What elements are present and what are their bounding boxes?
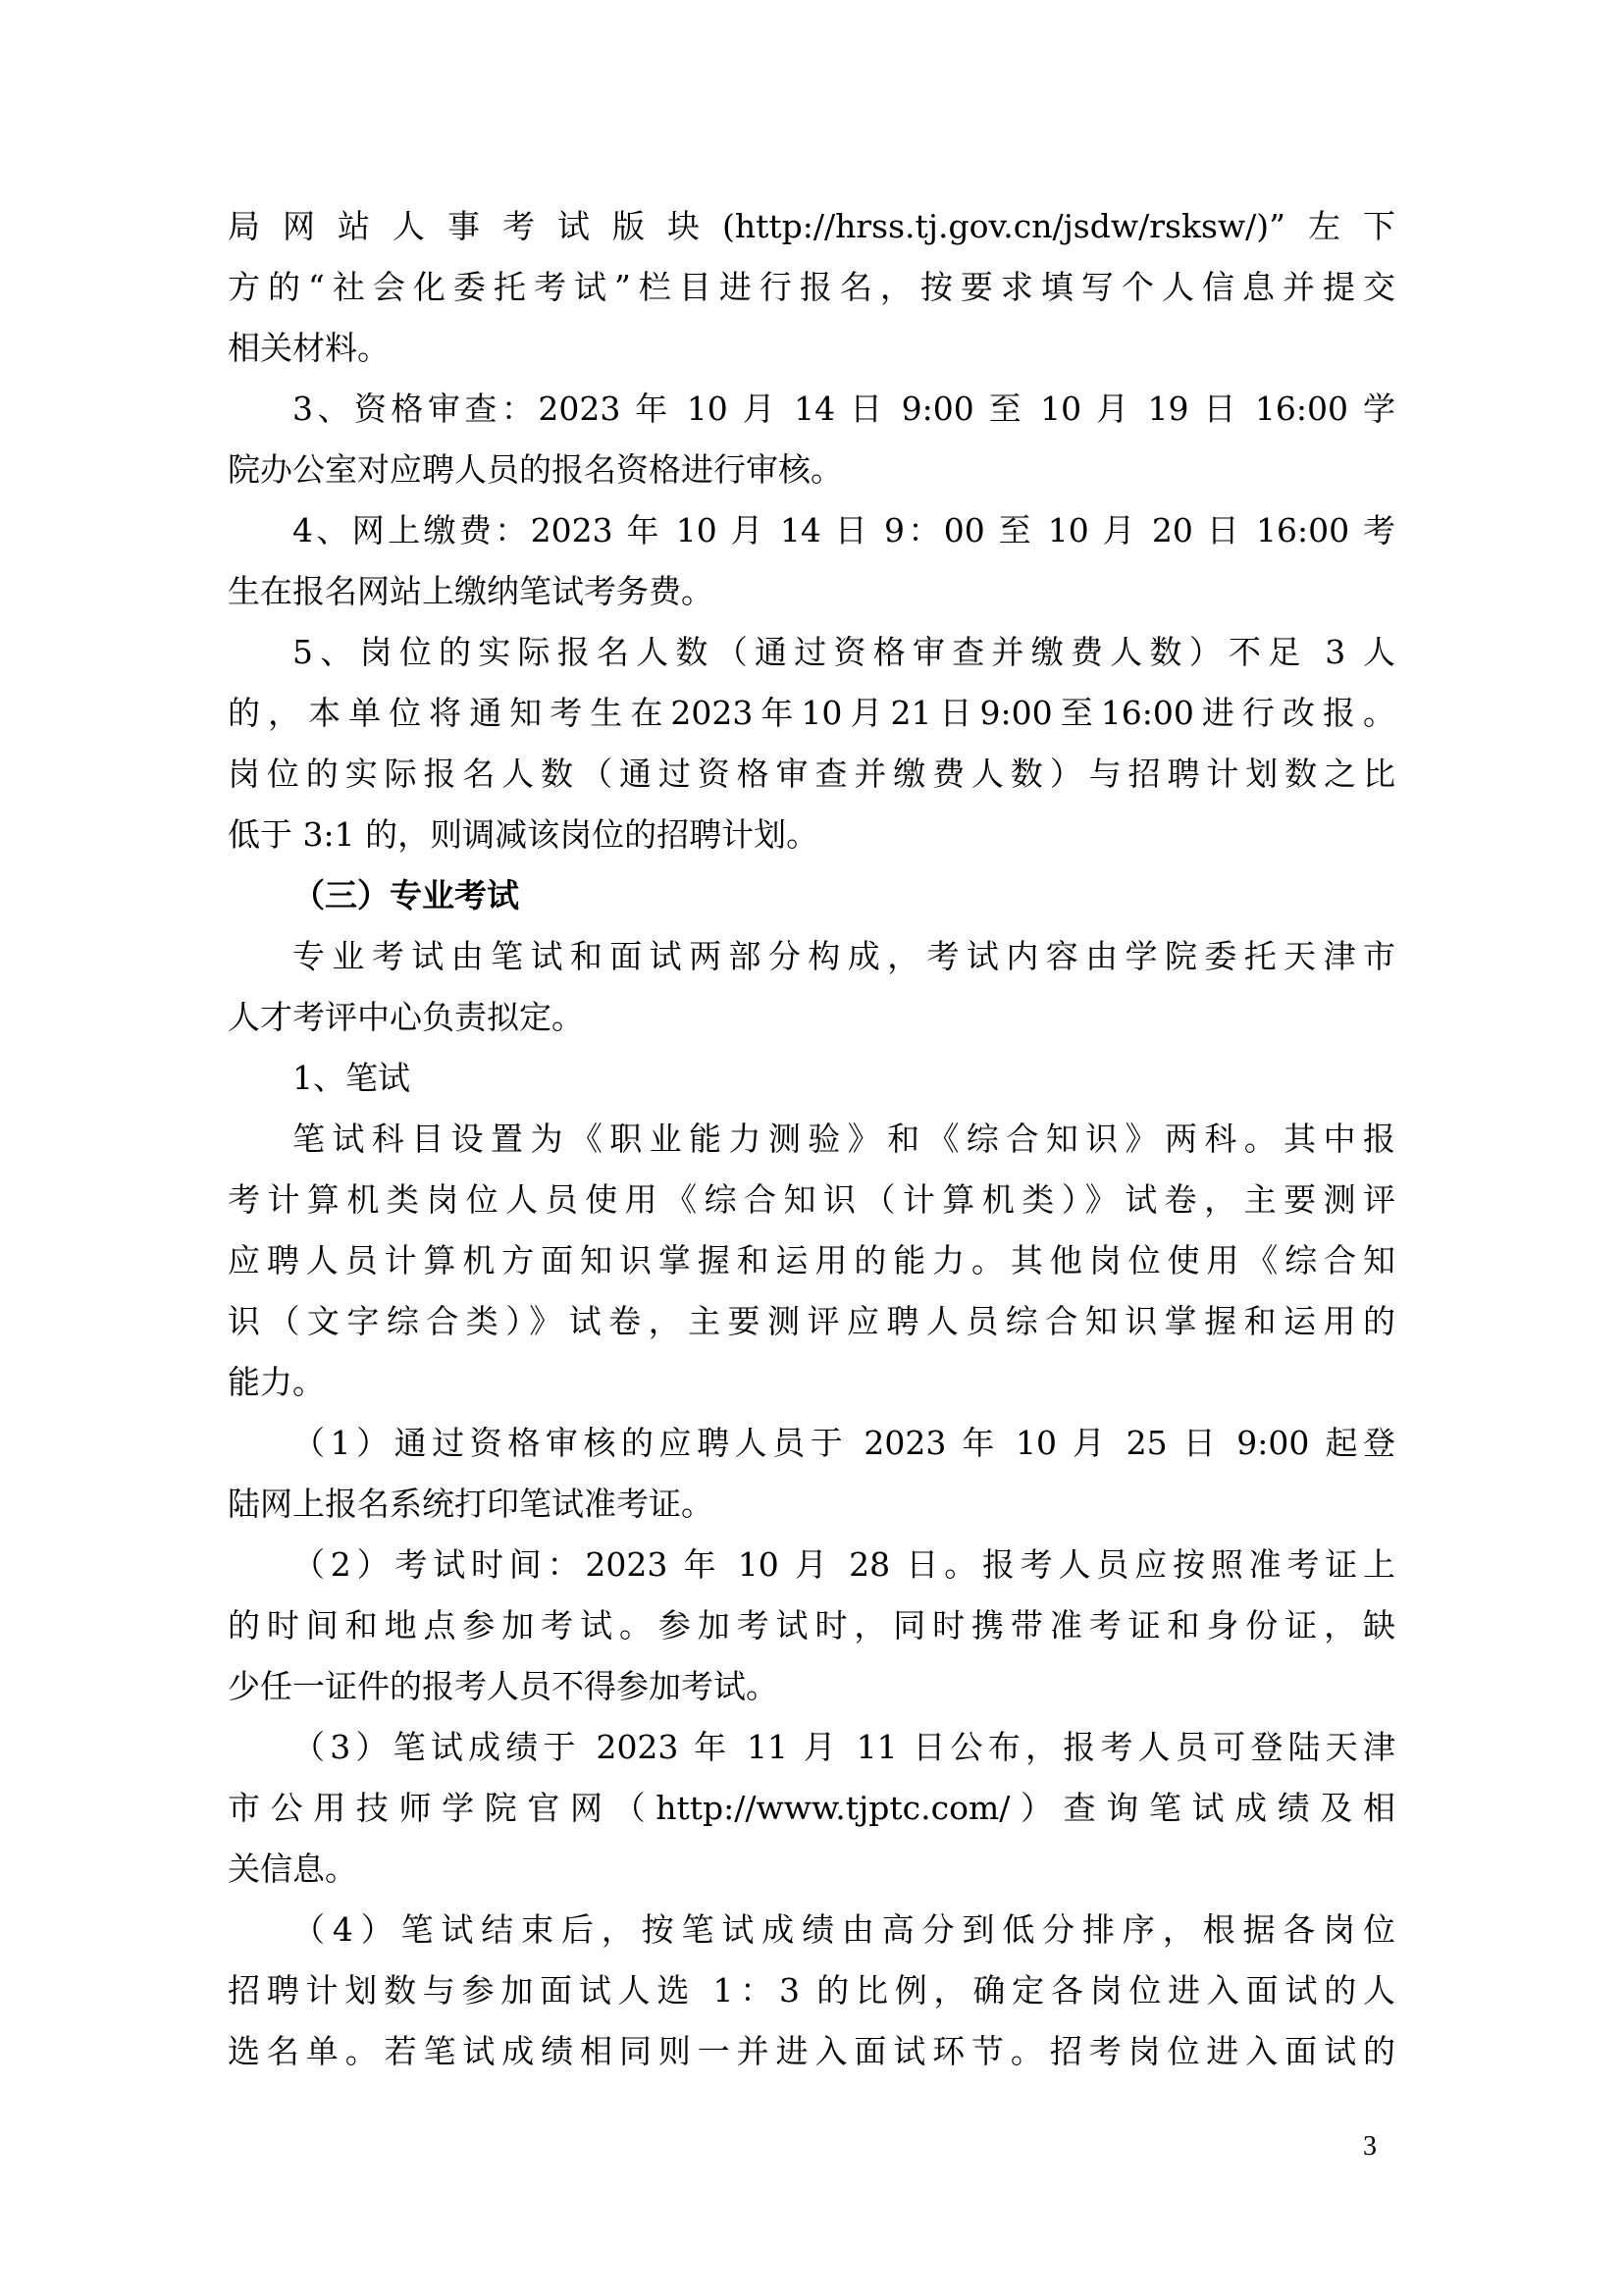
paragraph-exam-intro: 专业考试由笔试和面试两部分构成，考试内容由学院委托天津市 (228, 926, 1395, 987)
page-number: 3 (1363, 2131, 1377, 2163)
list-item-admission-ticket: （1）通过资格审核的应聘人员于 2023 年 10 月 25 日 9:00 起登 (228, 1413, 1395, 1474)
text-line: 低于 3:1 的，则调减该岗位的招聘计划。 (228, 805, 1395, 865)
text-line: 考计算机类岗位人员使用《综合知识（计算机类）》试卷，主要测评 (228, 1170, 1395, 1230)
text-line: 少任一证件的报考人员不得参加考试。 (228, 1656, 1395, 1717)
text-line: 的时间和地点参加考试。参加考试时，同时携带准考证和身份证，缺 (228, 1595, 1395, 1656)
text-line: 生在报名网站上缴纳笔试考务费。 (228, 561, 1395, 622)
list-item-exam-results: （3）笔试成绩于 2023 年 11 月 11 日公布，报考人员可登陆天津 (228, 1717, 1395, 1778)
paragraph-exam-subjects: 笔试科目设置为《职业能力测验》和《综合知识》两科。其中报 (228, 1109, 1395, 1170)
text-line: 相关材料。 (228, 318, 1395, 379)
text-line: 岗位的实际报名人数（通过资格审查并缴费人数）与招聘计划数之比 (228, 744, 1395, 805)
list-item-insufficient-applicants: 5、岗位的实际报名人数（通过资格审查并缴费人数）不足 3 人 (228, 622, 1395, 683)
list-item-online-payment: 4、网上缴费：2023 年 10 月 14 日 9：00 至 10 月 20 日… (228, 500, 1395, 561)
text-line: 方的“社会化委托考试”栏目进行报名，按要求填写个人信息并提交 (228, 257, 1395, 318)
list-item-exam-time: （2）考试时间：2023 年 10 月 28 日。报考人员应按照准考证上 (228, 1535, 1395, 1595)
text-line: 识（文字综合类）》试卷，主要测评应聘人员综合知识掌握和运用的 (228, 1291, 1395, 1352)
list-item-interview-selection: （4）笔试结束后，按笔试成绩由高分到低分排序，根据各岗位 (228, 1900, 1395, 1960)
text-line: 院办公室对应聘人员的报名资格进行审核。 (228, 440, 1395, 500)
text-line: 人才考评中心负责拟定。 (228, 987, 1395, 1048)
document-body: 局网站人事考试版块(http://hrss.tj.gov.cn/jsdw/rsk… (228, 196, 1395, 2082)
text-line: 的，本单位将通知考生在2023年10月21日9:00至16:00进行改报。 (228, 683, 1395, 744)
list-item-qualification-review: 3、资格审查：2023 年 10 月 14 日 9:00 至 10 月 19 日… (228, 379, 1395, 440)
subheading-written-exam: 1、笔试 (228, 1048, 1395, 1109)
text-line: 应聘人员计算机方面知识掌握和运用的能力。其他岗位使用《综合知 (228, 1230, 1395, 1291)
text-line: 陆网上报名系统打印笔试准考证。 (228, 1474, 1395, 1535)
text-line: 能力。 (228, 1352, 1395, 1413)
text-line: 关信息。 (228, 1839, 1395, 1900)
text-line: 市公用技师学院官网（http://www.tjptc.com/）查询笔试成绩及相 (228, 1778, 1395, 1839)
text-line: 招聘计划数与参加面试人选 1：3 的比例，确定各岗位进入面试的人 (228, 1960, 1395, 2021)
section-heading-professional-exam: （三）专业考试 (228, 865, 1395, 926)
text-line: 选名单。若笔试成绩相同则一并进入面试环节。招考岗位进入面试的 (228, 2021, 1395, 2082)
text-line: 局网站人事考试版块(http://hrss.tj.gov.cn/jsdw/rsk… (228, 196, 1395, 257)
